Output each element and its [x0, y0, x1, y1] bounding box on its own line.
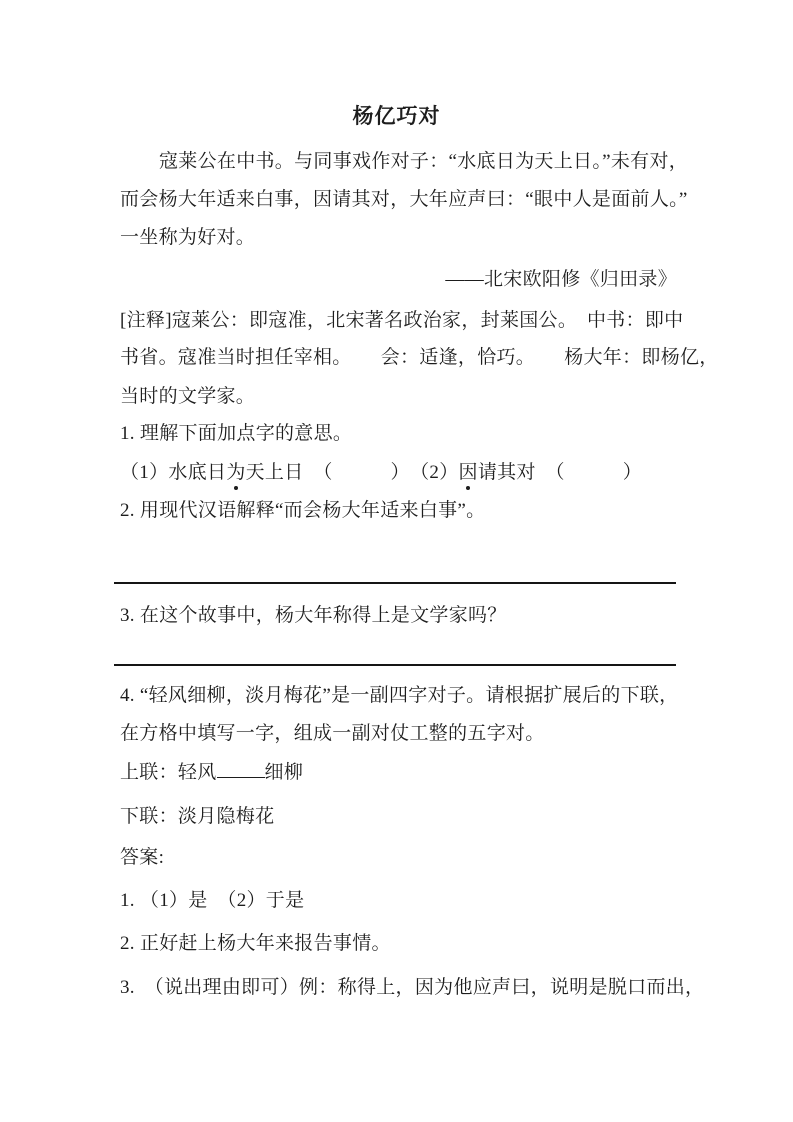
q1-item2-blank: 请其对 （ ） — [478, 462, 642, 483]
passage-line-1: 寇莱公在中书。与同事戏作对子：“水底日为天上日。”未有对， — [120, 148, 688, 175]
passage-attribution: ——北宋欧阳修《归田录》 — [445, 266, 677, 293]
shanglian-line: 上联：轻风细柳 — [120, 759, 303, 786]
question-1-items: （1）水底日为天上日 （ ） （2）因请其对 （ ） — [120, 459, 642, 486]
question-1-stem: 1. 理解下面加点字的意思。 — [120, 420, 352, 447]
shanglian-text-post: 细柳 — [265, 762, 304, 783]
question-4-line-2: 在方格中填写一字，组成一副对仗工整的五字对。 — [120, 720, 545, 747]
xialian-line: 下联：淡月隐梅花 — [120, 803, 274, 830]
passage-line-2: 而会杨大年适来白事，因请其对，大年应声曰：“眼中人是面前人。” — [120, 186, 688, 213]
answer-rule-2 — [114, 664, 676, 666]
answer-2: 2. 正好赶上杨大年来报告事情。 — [120, 930, 391, 957]
shanglian-text-pre: 上联：轻风 — [120, 762, 217, 783]
answers-heading: 答案: — [120, 844, 164, 871]
notes-line-3: 当时的文学家。 — [120, 383, 255, 410]
page-title: 杨亿巧对 — [0, 100, 793, 130]
question-3: 3. 在这个故事中，杨大年称得上是文学家吗？ — [120, 602, 507, 629]
q1-dotted-char-yin: 因 — [459, 459, 478, 486]
notes-line-1: [注释]寇莱公：即寇准，北宋著名政治家，封莱国公。 中书：即中 — [120, 307, 683, 334]
q1-dotted-char-wei: 为 — [226, 459, 245, 486]
q1-item1-blank: 天上日 （ ） （2） — [246, 462, 459, 483]
question-4-line-1: 4. “轻风细柳，淡月梅花”是一副四字对子。请根据扩展后的下联， — [120, 682, 678, 709]
passage-line-3: 一坐称为好对。 — [120, 224, 255, 251]
answer-1: 1. （1）是 （2）于是 — [120, 887, 304, 914]
question-2: 2. 用现代汉语解释“而会杨大年适来白事”。 — [120, 497, 485, 524]
fill-in-blank — [217, 759, 265, 778]
notes-line-2: 书省。寇准当时担任宰相。 会：适逢，恰巧。 杨大年：即杨亿， — [120, 344, 719, 371]
document-page: 杨亿巧对 寇莱公在中书。与同事戏作对子：“水底日为天上日。”未有对， 而会杨大年… — [0, 0, 793, 1122]
answer-rule-1 — [114, 582, 676, 584]
answer-3: 3. （说出理由即可）例：称得上，因为他应声曰，说明是脱口而出， — [120, 974, 704, 1001]
q1-item1-pre: （1）水底日 — [120, 462, 226, 483]
